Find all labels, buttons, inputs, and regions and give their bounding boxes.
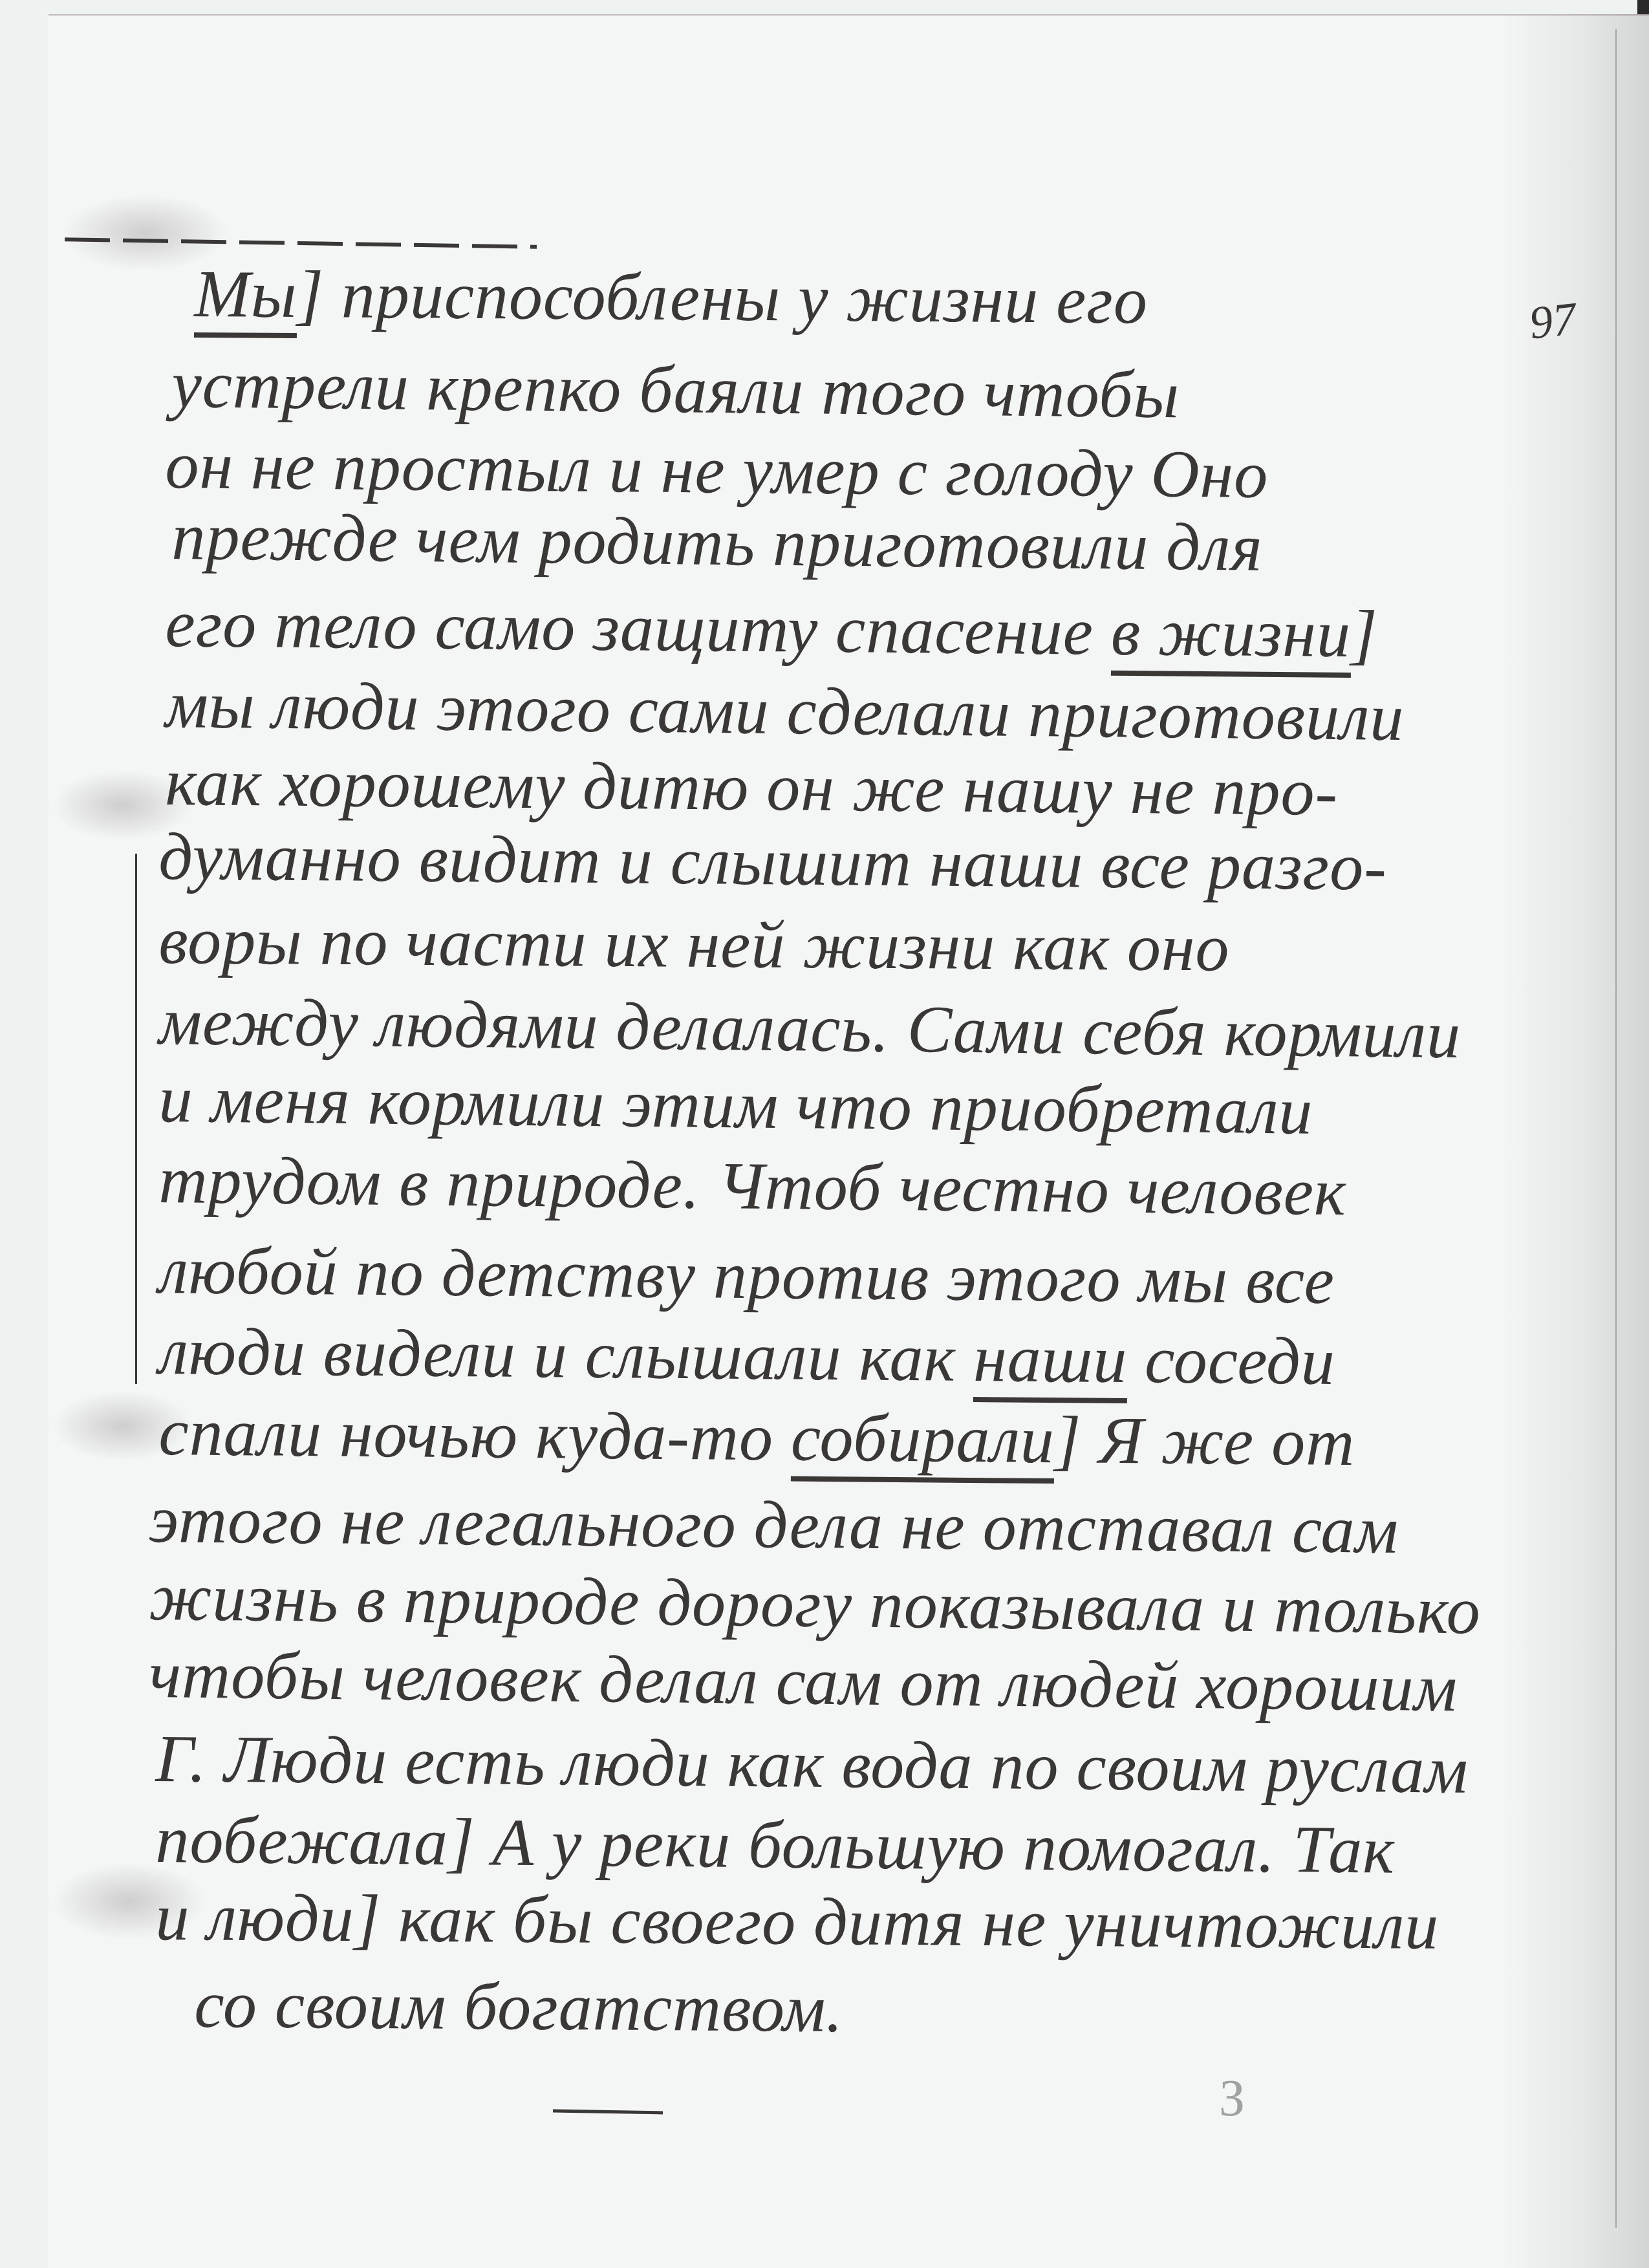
line-text: ] [1351, 597, 1378, 671]
line-text: этого не легального дела не отставал сам [149, 1482, 1399, 1568]
manuscript-line: чтобы человек делал сам от людей хорошим [149, 1636, 1458, 1727]
manuscript-line: этого не легального дела не отставал сам [149, 1481, 1399, 1569]
manuscript-line: люди видели и слышали как наши соседи [158, 1313, 1335, 1400]
manuscript-line: его тело само защиту спасение в жизни] [165, 585, 1378, 673]
manuscript-line: со своим богатством. [194, 1966, 844, 2047]
line-text: думанно видит и слышит наши все разго- [158, 819, 1387, 905]
underlined-text: наши [973, 1321, 1128, 1403]
manuscript-line: как хорошему дитю он же нашу не про- [165, 744, 1339, 831]
faint-pencil-mark: З [1219, 2069, 1245, 2128]
left-margin-line [135, 854, 137, 1384]
underlined-text: собирали [790, 1401, 1055, 1484]
line-text: и меня кормили этим что приобретали [158, 1062, 1313, 1149]
manuscript-line: и меня кормили этим что приобретали [158, 1061, 1313, 1150]
manuscript-line: и люди] как бы своего дитя не уничтожили [155, 1879, 1439, 1965]
line-text: как хорошему дитю он же нашу не про- [165, 745, 1339, 830]
manuscript-line: устрели крепко баяли того чтобы [171, 346, 1180, 433]
manuscript-line: Г. Люди есть люди как вода по своим русл… [155, 1720, 1469, 1809]
scanner-corner [1637, 0, 1649, 14]
manuscript-line: любой по детству против этого мы все [158, 1232, 1335, 1319]
line-text: люди видели и слышали как [158, 1314, 974, 1396]
line-text: и люди] как бы своего дитя не уничтожили [155, 1880, 1439, 1963]
line-text: соседи [1127, 1323, 1336, 1399]
line-text: мы люди этого сами сделали приготовили [165, 667, 1405, 755]
underlined-text: Мы [194, 257, 297, 338]
scanner-edge-shading [1500, 14, 1649, 2268]
manuscript-line: мы люди этого сами сделали приготовили [165, 666, 1405, 756]
manuscript-line: спали ночью куда-то собирали] Я же от [158, 1394, 1355, 1481]
page-number: 97 [1527, 292, 1579, 350]
underlined-text: в жизни [1110, 595, 1351, 678]
line-text: между людями делалась. Сами себя кормили [158, 984, 1461, 1072]
manuscript-line: жизнь в природе дорогу показывала и толь… [149, 1559, 1482, 1650]
line-text: жизнь в природе дорогу показывала и толь… [149, 1560, 1481, 1648]
manuscript-line: прежде чем родить приготовили для [171, 498, 1263, 587]
line-text: воры по части их ней жизни как оно [158, 903, 1230, 986]
line-text: побежала] А у реки большую помогал. Так [155, 1802, 1395, 1888]
manuscript-line: побежала] А у реки большую помогал. Так [155, 1801, 1396, 1889]
manuscript-line: воры по части их ней жизни как оно [158, 902, 1230, 987]
line-text: трудом в природе. Чтоб честно человек [158, 1143, 1346, 1229]
line-text: прежде чем родить приготовили для [171, 499, 1263, 585]
line-text: со своим богатством. [194, 1967, 844, 2046]
line-text: чтобы человек делал сам от людей хорошим [149, 1637, 1458, 1725]
line-text: спали ночью куда-то [158, 1395, 791, 1475]
line-text: устрели крепко баяли того чтобы [171, 347, 1180, 432]
manuscript-line: Мы] приспособлены у жизни его [194, 255, 1148, 339]
line-text: его тело само защиту спасение [165, 587, 1111, 669]
line-text: ] приспособлены у жизни его [297, 257, 1148, 338]
manuscript-line: между людями делалась. Сами себя кормили [158, 983, 1461, 1074]
manuscript-line: трудом в природе. Чтоб честно человек [158, 1141, 1346, 1231]
line-text: Г. Люди есть люди как вода по своим русл… [155, 1722, 1469, 1808]
manuscript-line: думанно видит и слышит наши все разго- [158, 818, 1387, 906]
line-text: любой по детству против этого мы все [158, 1233, 1335, 1318]
scanner-edge-line [1615, 29, 1617, 2228]
line-text: ] Я же от [1054, 1403, 1355, 1480]
